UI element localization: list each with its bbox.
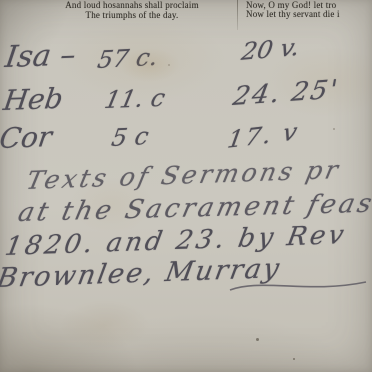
pen-flourish [228,276,368,298]
paper-stain [60,300,150,350]
hw-row3-verse: 17. v [225,118,301,154]
hw-row3-chapter: 5 c [110,122,151,152]
hw-row3-book: Cor [0,120,54,155]
paper-stain [120,48,180,82]
printed-hymn-left-column: And loud hosannahs shall proclaim The tr… [28,1,236,20]
printed-hymn-right-column: at cam Now, O my God! let tro Now let th… [246,0,372,20]
printed-hymn-left-line-2: The triumphs of the day. [28,11,236,21]
hw-row2-book: Heb [1,82,65,117]
hw-row1-verse: 20 v. [239,33,301,66]
paper-speck [256,338,259,341]
paper-speck [333,128,335,130]
hw-row2-verse: 24. 25' [231,75,342,112]
paper-speck [293,358,295,360]
hw-row1-book: Isa – [3,38,78,75]
book-page-photo: And loud hosannahs shall proclaim The tr… [0,0,372,372]
hw-note-line-1: Texts of Sermons pr [24,155,344,195]
hw-row2-chapter: 11. c [102,84,168,114]
column-divider-rule [237,0,238,30]
printed-hymn-right-line-2: Now let thy servant die i [246,10,372,20]
